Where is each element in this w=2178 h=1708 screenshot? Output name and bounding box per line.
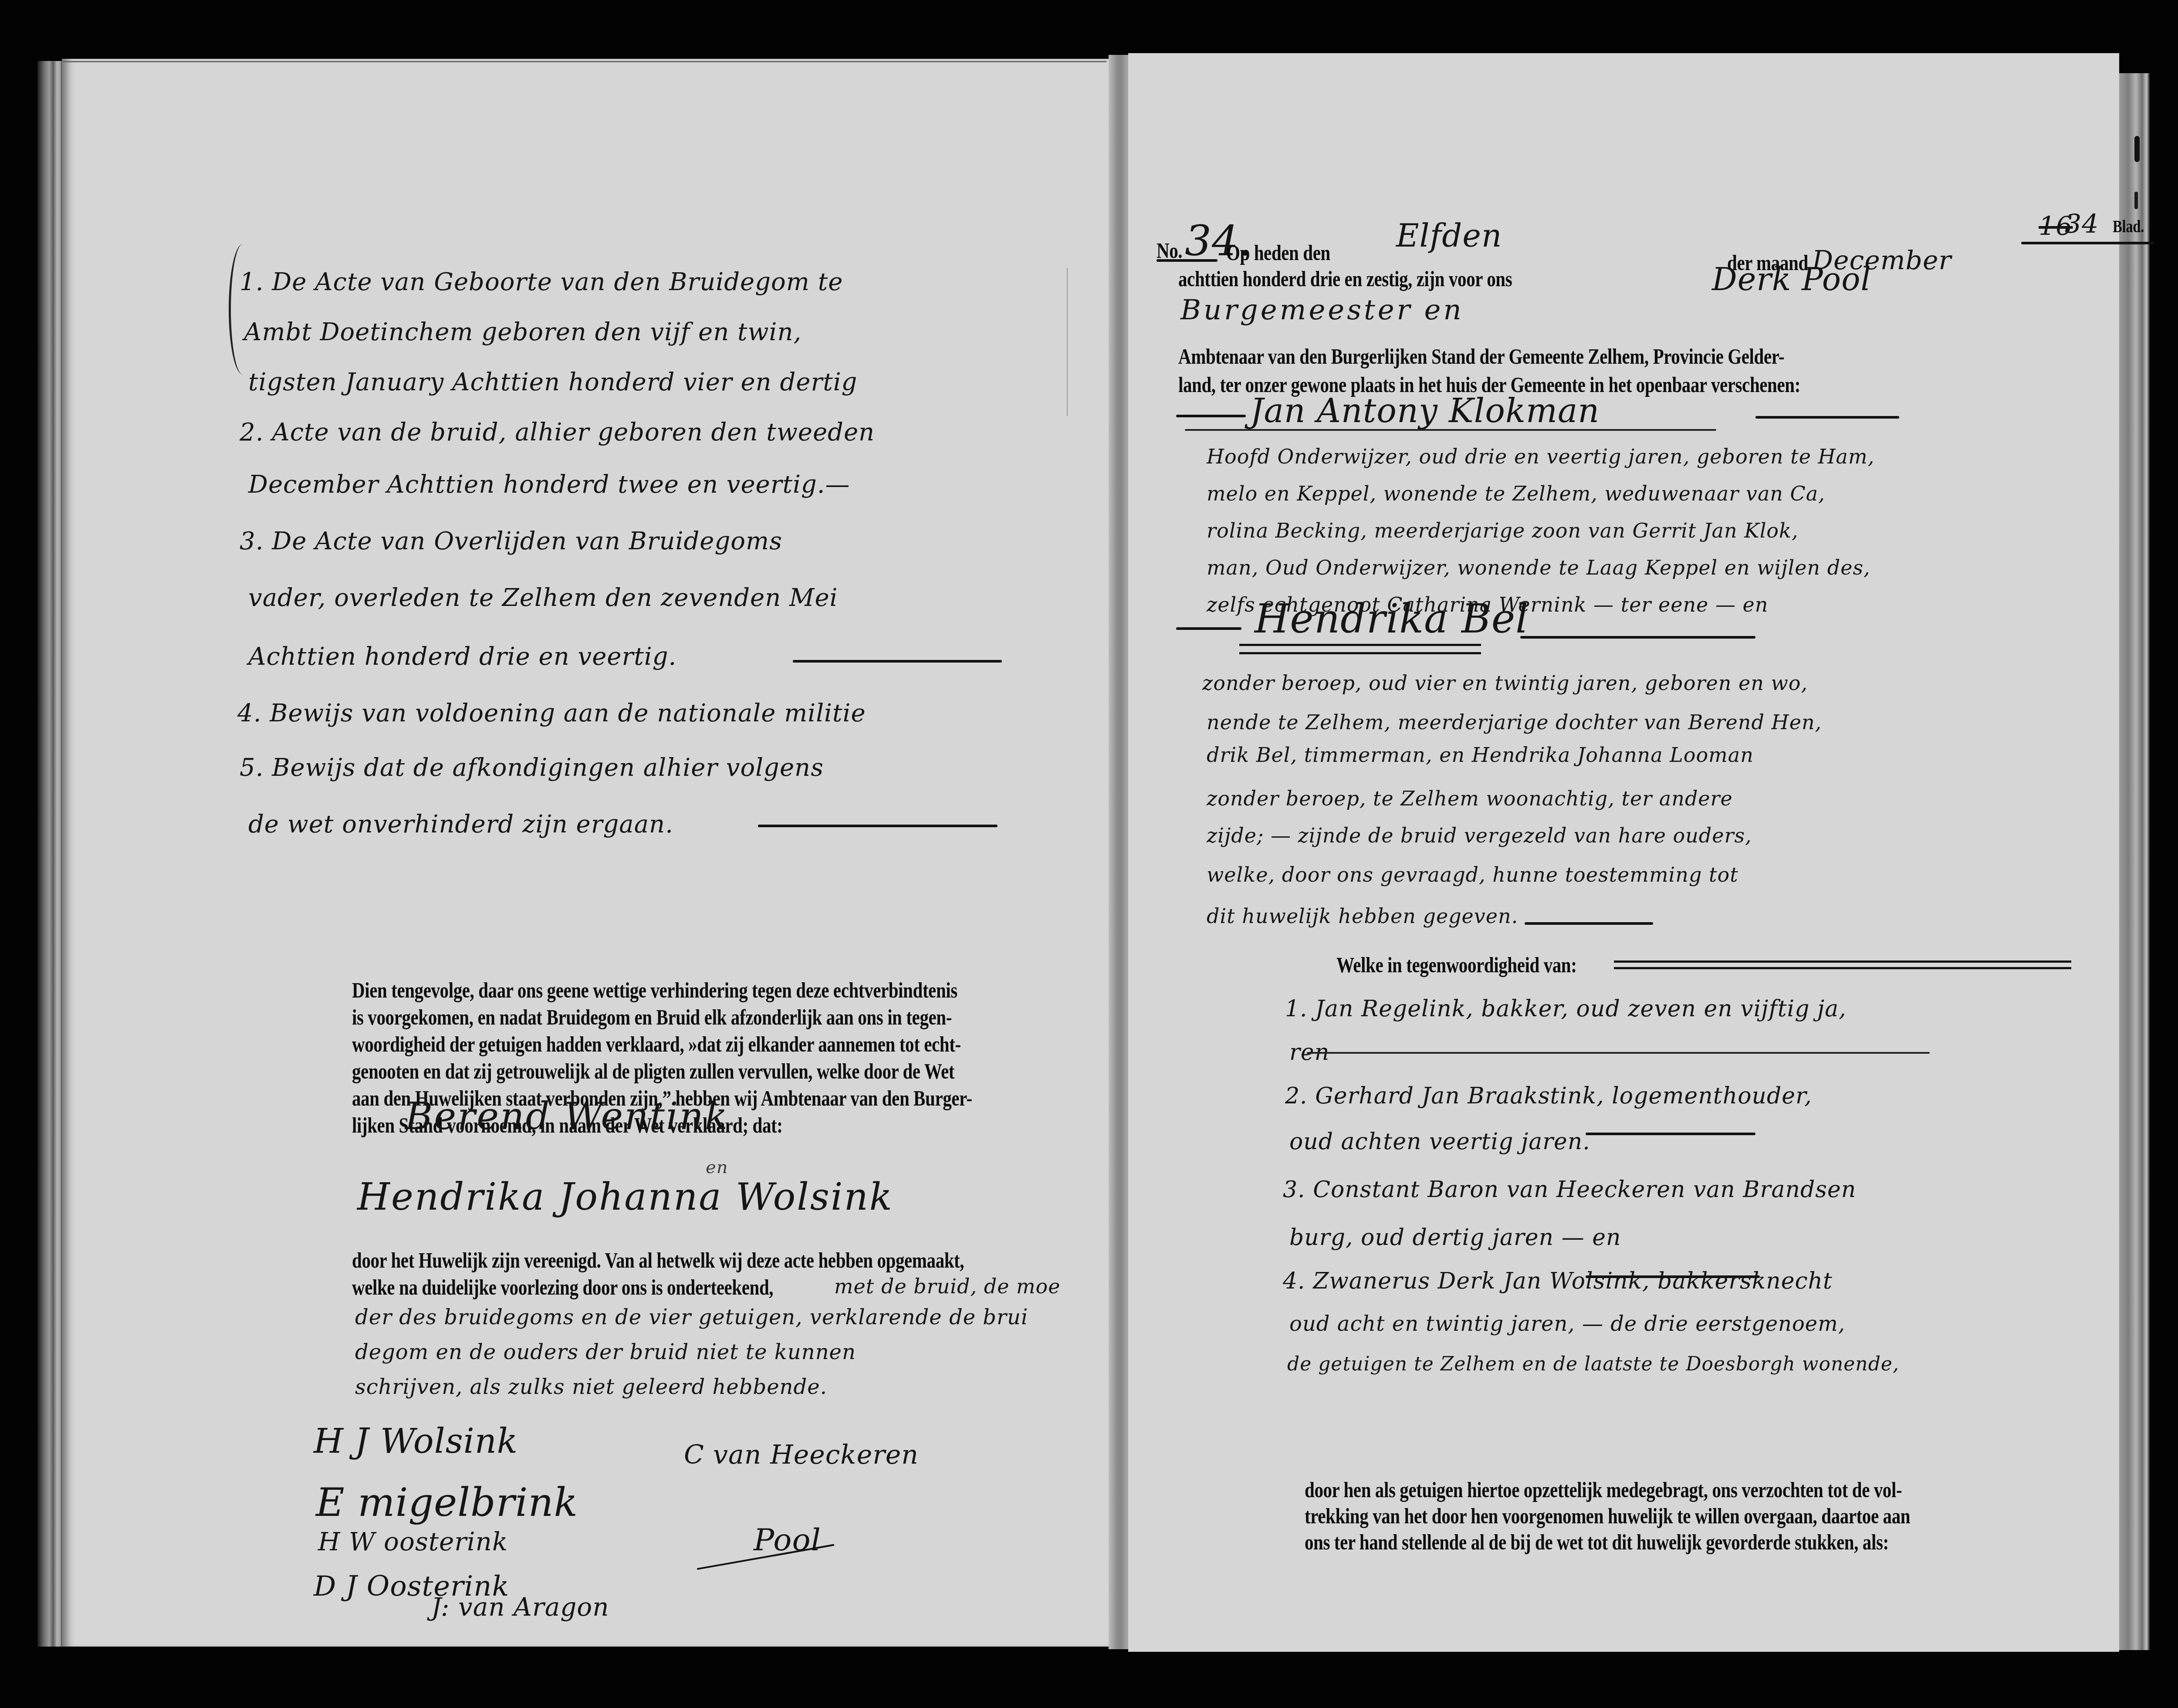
fill-line (793, 660, 1002, 663)
witness-line: oud achten veertig jaren. (1289, 1130, 1590, 1153)
witness-line: 1. Jan Regelink, bakker, oud zeven en vi… (1285, 998, 1847, 1020)
page-border-line (61, 61, 62, 1647)
witness-line: de getuigen te Zelhem en de laatste te D… (1287, 1355, 1899, 1374)
printed-text: door hen als getuigen hiertoe opzettelij… (1305, 1479, 1902, 1501)
official-title: Burgemeester en (1180, 296, 1464, 324)
bride-full-name: Hendrika Bel (1255, 599, 1529, 639)
bride-name: Hendrika Johanna Wolsink (357, 1178, 893, 1216)
groom-name: Berend Wentink (405, 1098, 729, 1135)
page-damage-mark (2134, 136, 2140, 162)
printed-text: door het Huwelijk zijn vereenigd. Van al… (352, 1249, 964, 1271)
page-border-line (61, 61, 1106, 62)
signature: H W oosterink (318, 1529, 508, 1554)
bride-details: nende te Zelhem, meerderjarige dochter v… (1207, 712, 1822, 732)
bride-details: dit huwelijk hebben gegeven. (1207, 906, 1518, 926)
documents-line: 3. De Acte van Overlijden van Bruidegoms (240, 529, 782, 554)
act-number-underline (1157, 259, 1218, 262)
documents-line: 1. De Acte van Geboorte van den Bruidego… (240, 270, 843, 294)
book-gutter (1109, 55, 1128, 1649)
official-name: Derk Pool (1712, 264, 1871, 295)
groom-details: man, Oud Onderwijzer, wonende te Laag Ke… (1207, 558, 1870, 578)
documents-line: December Achttien honderd twee en veerti… (248, 473, 850, 497)
witness-line: 2. Gerhard Jan Braakstink, logementhoude… (1285, 1085, 1812, 1107)
bride-details: zonder beroep, oud vier en twintig jaren… (1202, 673, 1808, 693)
documents-line: tigsten January Achttien honderd vier en… (248, 370, 857, 395)
witness-line: 4. Zwanerus Derk Jan Wolsink, bakkerskne… (1283, 1270, 1833, 1292)
fill-line (1520, 636, 1755, 639)
witnesses-label: Welke in tegenwoordigheid van: (1336, 954, 1576, 976)
left-page-edge (37, 61, 64, 1647)
fill-line (758, 825, 998, 827)
handwritten-text: met de bruid, de moe (834, 1276, 1061, 1296)
printed-text: Op heden den (1226, 242, 1330, 264)
day-field: Elfden (1396, 220, 1502, 251)
handwritten-text: schrijven, als zulks niet geleerd hebben… (355, 1377, 827, 1397)
documents-line: 2. Acte van de bruid, alhier geboren den… (240, 420, 875, 445)
fill-line (1307, 1052, 1930, 1054)
fill-line (1176, 627, 1241, 630)
right-page (1128, 53, 2119, 1652)
documents-line: Ambt Doetinchem geboren den vijf en twin… (244, 320, 802, 345)
printed-text: ons ter hand stellende al de bij de wet … (1305, 1531, 1889, 1553)
witness-line: burg, oud dertig jaren — en (1289, 1226, 1621, 1249)
bride-details: zijde; — zijnde de bruid vergezeld van h… (1207, 825, 1752, 846)
documents-line: 4. Bewijs van voldoening aan de national… (237, 701, 866, 726)
documents-line: 5. Bewijs dat de afkondigingen alhier vo… (240, 756, 824, 780)
signature: Pool (754, 1525, 821, 1555)
documents-line: Achttien honderd drie en veertig. (248, 645, 676, 669)
witness-line: oud acht en twintig jaren, — de drie eer… (1289, 1313, 1845, 1334)
groom-details: melo en Keppel, wonende te Zelhem, weduw… (1207, 484, 1825, 504)
bride-details: zonder beroep, te Zelhem woonachtig, ter… (1207, 788, 1733, 808)
printed-text: genooten en dat zij getrouwelijk al de p… (352, 1060, 954, 1082)
folio-label: Blad. (2113, 218, 2144, 235)
handwritten-text: degom en de ouders der bruid niet te kun… (355, 1342, 856, 1363)
signature: E migelbrink (316, 1483, 578, 1522)
printed-text: is voorgekomen, en nadat Bruidegom en Br… (352, 1006, 952, 1028)
groom-details: rolina Becking, meerderjarige zoon van G… (1207, 521, 1799, 541)
printed-text: Dien tengevolge, daar ons geene wettige … (352, 979, 957, 1001)
name-underline (1185, 429, 1716, 431)
printed-text: Ambtenaar van den Burgerlijken Stand der… (1178, 345, 1784, 367)
folio-number: 34 (2065, 211, 2099, 237)
folio-underline (2021, 242, 2154, 244)
fill-line (1525, 922, 1653, 925)
act-number-label: No. (1157, 240, 1182, 261)
conjunction: en (706, 1159, 728, 1176)
signature: J: van Aragon (431, 1594, 609, 1620)
fill-line (1755, 416, 1899, 419)
printed-text: welke na duidelijke voorlezing door ons … (352, 1276, 773, 1298)
documents-line: vader, overleden te Zelhem den zevenden … (248, 586, 838, 610)
printed-text: woordigheid der getuigen hadden verklaar… (352, 1033, 961, 1055)
printed-text: trekking van het door hen voorgenomen hu… (1305, 1505, 1910, 1527)
handwritten-text: der des bruidegoms en de vier getuigen, … (355, 1307, 1028, 1328)
witness-line: 3. Constant Baron van Heeckeren van Bran… (1283, 1178, 1856, 1201)
name-underline (1239, 644, 1481, 654)
bride-details: drik Bel, timmerman, en Hendrika Johanna… (1207, 745, 1754, 765)
bracket-mark (229, 244, 257, 375)
fill-line (1614, 961, 2071, 969)
documents-line: de wet onverhinderd zijn ergaan. (248, 812, 673, 837)
signature: H J Wolsink (314, 1424, 518, 1458)
groom-details: Hoofd Onderwijzer, oud drie en veertig j… (1207, 446, 1874, 467)
signature: C van Heeckeren (684, 1442, 919, 1468)
printed-text: achttien honderd drie en zestig, zijn vo… (1178, 268, 1512, 290)
left-page (62, 59, 1109, 1647)
fill-line (1176, 415, 1246, 417)
right-page-edge (2119, 73, 2150, 1650)
bride-details: welke, door ons gevraagd, hunne toestemm… (1207, 865, 1738, 885)
groom-full-name: Jan Antony Klokman (1250, 394, 1600, 427)
margin-rule (1067, 268, 1068, 416)
page-damage-mark (2134, 192, 2138, 209)
fill-line (1586, 1133, 1755, 1135)
